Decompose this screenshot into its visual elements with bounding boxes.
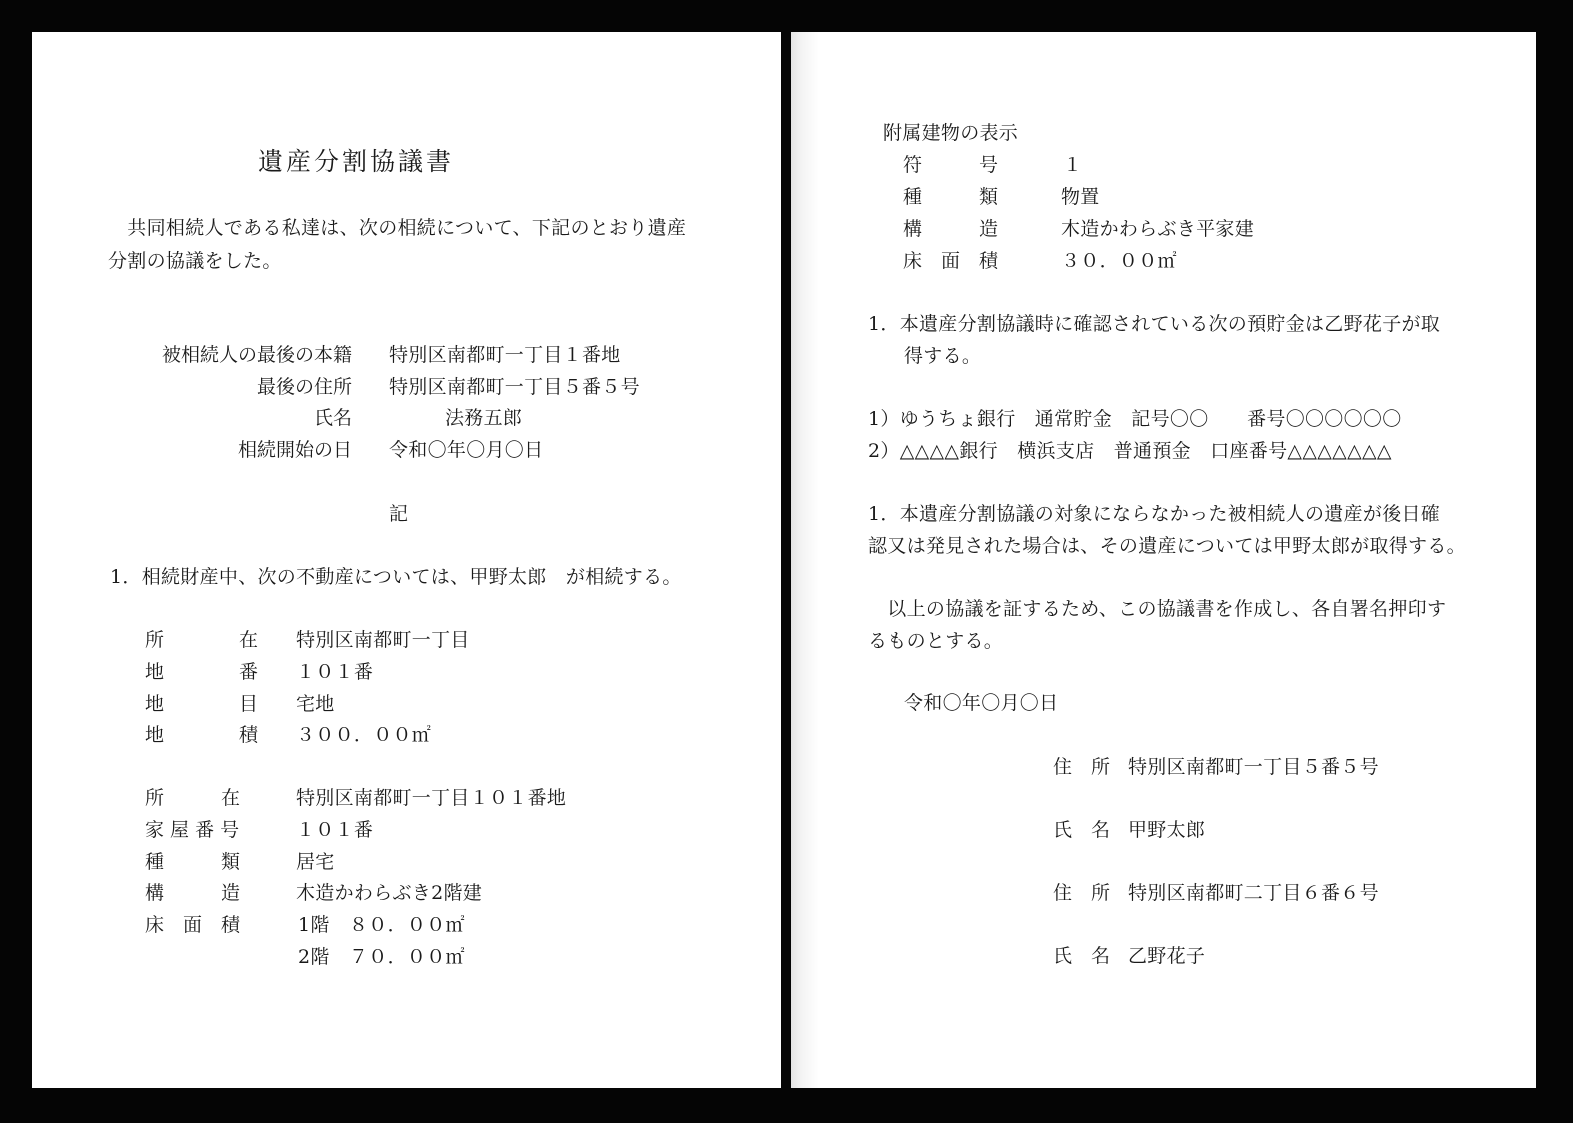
building-value: 2階 ７０．００㎡ bbox=[298, 945, 465, 969]
land-label: 目 bbox=[239, 692, 258, 716]
signatory-address: 特別区南都町二丁目６番６号 bbox=[1128, 881, 1379, 905]
deposit-item-1: 1）ゆうちょ銀行 通常貯金 記号〇〇 番号〇〇〇〇〇〇 bbox=[868, 407, 1402, 431]
document-page-2: 附属建物の表示 符 号 １ 種 類 物置 構 造 木造かわらぶき平家建 床 面 … bbox=[791, 32, 1536, 1088]
building-label: 所 在 bbox=[145, 786, 240, 810]
annex-value: ３０．００㎡ bbox=[1061, 249, 1177, 273]
building-label: 構 造 bbox=[145, 881, 240, 905]
signatory-name-label: 氏 名 bbox=[1053, 818, 1110, 842]
clause-1: 1．相続財産中、次の不動産については、甲野太郎 が相続する。 bbox=[110, 565, 682, 589]
name-label: 氏名 bbox=[132, 406, 352, 430]
annex-label: 構 造 bbox=[903, 217, 998, 241]
land-label: 所 bbox=[145, 628, 164, 652]
land-value: １０１番 bbox=[296, 660, 373, 684]
signatory-address: 特別区南都町一丁目５番５号 bbox=[1128, 755, 1379, 779]
land-value: 宅地 bbox=[296, 692, 335, 716]
honseki-value: 特別区南都町一丁目１番地 bbox=[389, 343, 621, 367]
clause-3-line-2: 認又は発見された場合は、その遺産については甲野太郎が取得する。 bbox=[868, 534, 1466, 558]
name-value: 法務五郎 bbox=[445, 406, 522, 430]
honseki-label: 被相続人の最後の本籍 bbox=[132, 343, 352, 367]
land-label: 積 bbox=[239, 723, 258, 747]
signatory-name: 乙野花子 bbox=[1128, 944, 1205, 968]
clause-2-line-2: 得する。 bbox=[904, 344, 981, 368]
deposit-item-2: 2）△△△△銀行 横浜支店 普通預金 口座番号△△△△△△△ bbox=[868, 439, 1392, 463]
signatory-address-label: 住 所 bbox=[1053, 881, 1110, 905]
document-title: 遺産分割協議書 bbox=[258, 150, 454, 174]
document-page-1: 遺産分割協議書 共同相続人である私達は、次の相続について、下記のとおり遺産 分割… bbox=[32, 32, 781, 1088]
address-label: 最後の住所 bbox=[132, 375, 352, 399]
signatory-name-label: 氏 名 bbox=[1053, 944, 1110, 968]
building-value: １０１番 bbox=[296, 818, 373, 842]
intro-line-2: 分割の協議をした。 bbox=[108, 249, 282, 273]
land-label: 地 bbox=[145, 692, 164, 716]
annex-value: １ bbox=[1063, 153, 1082, 177]
building-value: 1階 ８０．００㎡ bbox=[298, 913, 465, 937]
land-label: 番 bbox=[239, 660, 258, 684]
building-label: 種 類 bbox=[145, 850, 240, 874]
clause-2-line-1: 1．本遺産分割協議時に確認されている次の預貯金は乙野花子が取 bbox=[868, 312, 1440, 336]
closing-line-2: るものとする。 bbox=[868, 629, 1003, 653]
intro-line-1: 共同相続人である私達は、次の相続について、下記のとおり遺産 bbox=[108, 216, 686, 240]
start-date-value: 令和〇年〇月〇日 bbox=[389, 438, 543, 462]
building-value: 居宅 bbox=[296, 850, 335, 874]
annex-label: 符 号 bbox=[903, 153, 998, 177]
building-value: 特別区南都町一丁目１０１番地 bbox=[296, 786, 566, 810]
annex-label: 種 類 bbox=[903, 185, 998, 209]
land-label: 地 bbox=[145, 723, 164, 747]
clause-3-line-1: 1．本遺産分割協議の対象にならなかった被相続人の遺産が後日確 bbox=[868, 502, 1440, 526]
start-date-label: 相続開始の日 bbox=[132, 438, 352, 462]
signatory-address-label: 住 所 bbox=[1053, 755, 1110, 779]
land-label: 在 bbox=[239, 628, 258, 652]
land-value: 特別区南都町一丁目 bbox=[296, 628, 470, 652]
building-label: 床 面 積 bbox=[145, 913, 240, 937]
annex-value: 物置 bbox=[1061, 185, 1100, 209]
closing-line-1: 以上の協議を証するため、この協議書を作成し、各自署名押印す bbox=[868, 597, 1446, 621]
ki-heading: 記 bbox=[389, 502, 408, 526]
building-value: 木造かわらぶき2階建 bbox=[296, 881, 482, 905]
land-label: 地 bbox=[145, 660, 164, 684]
annex-value: 木造かわらぶき平家建 bbox=[1061, 217, 1254, 241]
signatory-name: 甲野太郎 bbox=[1128, 818, 1205, 842]
annex-label: 床 面 積 bbox=[903, 249, 998, 273]
agreement-date: 令和〇年〇月〇日 bbox=[904, 691, 1058, 715]
annex-heading: 附属建物の表示 bbox=[883, 121, 1018, 145]
building-label: 家 屋 番 号 bbox=[145, 818, 239, 842]
land-value: ３００．００㎡ bbox=[296, 723, 431, 747]
address-value: 特別区南都町一丁目５番５号 bbox=[389, 375, 640, 399]
